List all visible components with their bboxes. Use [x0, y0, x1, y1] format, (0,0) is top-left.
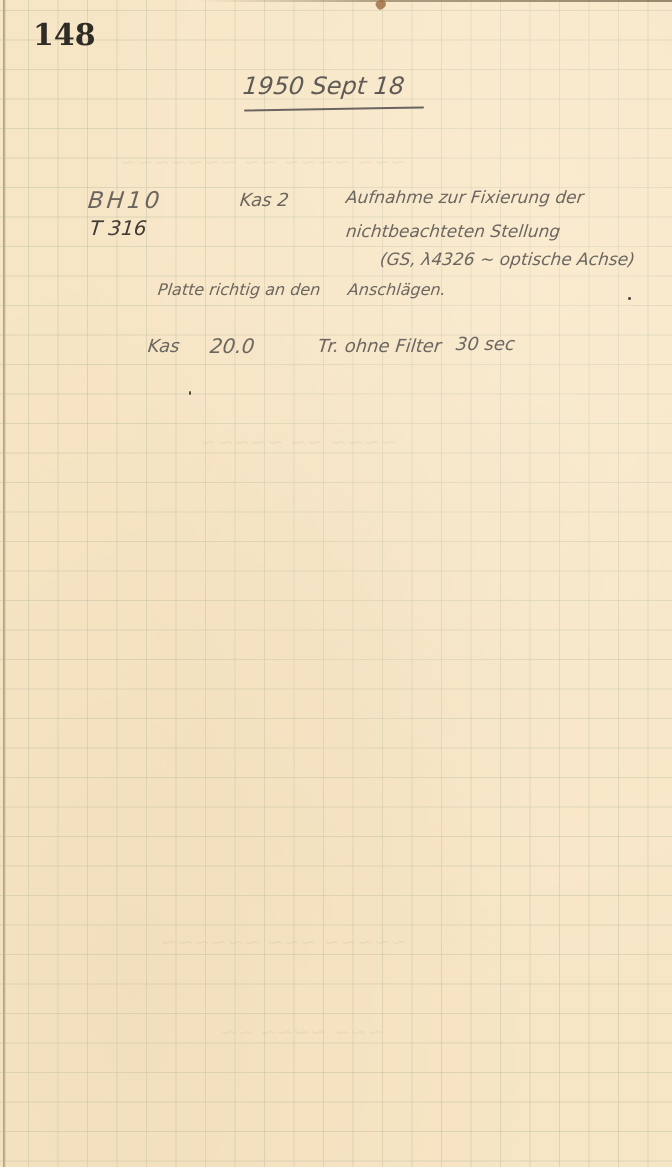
page-number: 148: [33, 18, 96, 53]
plate-sub-id: T 316: [89, 216, 148, 240]
cassette-label: Kas 2: [239, 190, 290, 211]
entry-date: 1950 Sept 18: [242, 72, 406, 100]
page-binding-edge: [3, 0, 6, 1167]
bleed-through-text: ~~~~~ ~~~ ~~~~~~: [160, 930, 407, 954]
plate-note-continued: Anschlägen.: [347, 280, 447, 299]
pencil-mark: [189, 391, 191, 395]
exposure-duration: 30 sec: [455, 334, 516, 355]
notebook-page: ~~~ ~~~~ ~~ ~~~~~~~ ~~~~ ~~ ~~~~~ ~~~~~ …: [0, 0, 672, 1167]
page-top-edge: [200, 0, 672, 2]
plate-id: BH10: [87, 188, 164, 214]
ink-smudge: [374, 0, 387, 11]
description-line-2: nichtbeachteten Stellung: [345, 222, 561, 242]
exposure-filter-note: Tr. ohne Filter: [317, 336, 443, 357]
exposure-cassette-label: Kas: [147, 336, 181, 357]
description-line-3: (GS, λ4326 ~ optische Achse): [379, 250, 636, 270]
bleed-through-text: ~~~~ ~~ ~~~~~: [200, 430, 397, 454]
bleed-through-text: ~~~ ~~~~ ~~: [220, 1020, 384, 1044]
description-line-1: Aufnahme zur Fixierung der: [345, 188, 585, 208]
plate-note: Platte richtig an den: [157, 280, 321, 299]
ink-dot: [628, 297, 631, 300]
date-underline: [244, 106, 424, 111]
bleed-through-text: ~~~ ~~~~ ~~ ~~~~~~~: [120, 150, 407, 174]
exposure-cassette-value: 20.0: [209, 334, 256, 358]
